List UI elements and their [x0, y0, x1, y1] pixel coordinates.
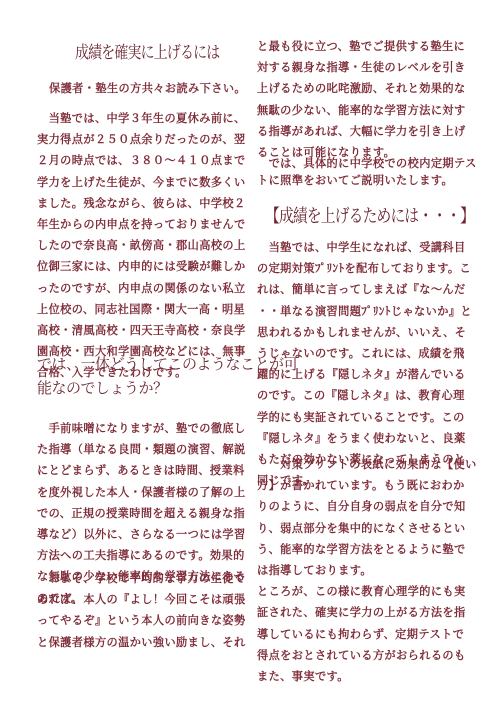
usage-paragraph: 対策プリントの表紙に効果的な【使い 方】が書かれています。もう既におわか りのよ…	[257, 454, 477, 687]
section-title: 【成績を上げるためには・・・】	[265, 202, 474, 228]
main-title: 成績を確実に上げるには	[75, 38, 219, 63]
explanation-intro: では、具体的に中学校での校内定期テス トに照準をおいてご説明いたします。	[257, 155, 477, 189]
intro-paragraph: 当塾では、中学３年生の夏休み前に、 実力得点が２５０点余りだったのが、翌 ２月の…	[37, 108, 246, 384]
continuation-paragraph: と最も役に立つ、塾でご提供する塾生に 対する親身な指導・生徒のレベルを引き 上げ…	[257, 36, 466, 163]
average-student-paragraph: およそ、学校で平均的な学力の生徒で あれば、本人の『よし！今回こそは頑張 ってや…	[37, 568, 246, 653]
subtitle: 保護者・塾生の方共々お読み下さい。	[49, 78, 246, 99]
